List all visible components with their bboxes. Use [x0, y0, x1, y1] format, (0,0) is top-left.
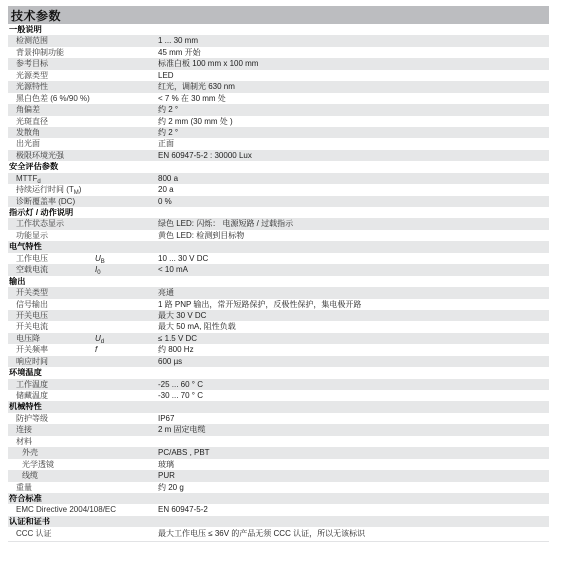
section-header: 电气特性: [8, 241, 549, 252]
label-text: 空载电流: [16, 265, 48, 274]
spec-value: ≤ 1.5 V DC: [158, 333, 197, 344]
label-text: 开关电流: [16, 322, 48, 331]
label-text: 机械特性: [9, 402, 42, 411]
spec-row: 工作温度-25 ... 60 ° C: [8, 379, 549, 390]
spec-value: -25 ... 60 ° C: [158, 379, 203, 390]
section-title: 安全评估参数: [9, 161, 58, 172]
spec-value: 45 mm 开始: [158, 47, 201, 58]
spec-label: 储藏温度: [16, 390, 48, 401]
spec-value: 最大工作电压 ≤ 36V 的产品无须 CCC 认证，所以无该标识: [158, 527, 365, 541]
section-header: 输出: [8, 276, 549, 287]
label-text: 重量: [16, 483, 32, 492]
label-text: 出光面: [16, 139, 40, 148]
spec-label: EMC Directive 2004/108/EC: [16, 504, 116, 515]
spec-row: 光斑直径约 2 mm (30 mm 处 ): [8, 116, 549, 127]
spec-label: 工作温度: [16, 379, 48, 390]
spec-row: 外壳PC/ABS , PBT: [8, 447, 549, 458]
spec-value: 800 a: [158, 173, 178, 184]
label-text: 诊断覆盖率 (DC): [16, 197, 75, 206]
spec-row: 开关类型亮通: [8, 287, 549, 298]
section-header: 认证和证书: [8, 516, 549, 527]
spec-label: 工作电压: [16, 253, 48, 264]
spec-label: 发散角: [16, 127, 40, 138]
spec-row: 开关电压最大 30 V DC: [8, 310, 549, 321]
spec-value: 2 m 固定电缆: [158, 424, 206, 435]
spec-label: 检测范围: [16, 35, 48, 46]
label-text: 材料: [16, 437, 32, 446]
spec-label: 黑白色差 (6 %/90 %): [16, 93, 90, 104]
spec-label: CCC 认证: [16, 527, 52, 541]
label-text: 参考目标: [16, 59, 48, 68]
spec-label: 参考目标: [16, 58, 48, 69]
section-header: 符合标准: [8, 493, 549, 504]
label-text: 发散角: [16, 128, 40, 137]
spec-row: 开关频率f约 800 Hz: [8, 344, 549, 355]
spec-label: 光学透镜: [22, 459, 54, 470]
spec-row: 功能显示黄色 LED: 检测到目标物: [8, 230, 549, 241]
label-text: 外壳: [22, 448, 38, 457]
spec-value: 亮通: [158, 287, 174, 298]
spec-label: 防护等级: [16, 413, 48, 424]
spec-value: < 7 % 在 30 mm 处: [158, 93, 226, 104]
spec-row: 参考目标标准白板 100 mm x 100 mm: [8, 58, 549, 69]
spec-row: 检测范围1 ... 30 mm: [8, 35, 549, 46]
spec-value: 黄色 LED: 检测到目标物: [158, 230, 244, 241]
label-text: 环境温度: [9, 368, 42, 377]
label-text: CCC 认证: [16, 529, 52, 538]
spec-label: 开关电压: [16, 310, 48, 321]
label-text: 持续运行时间 (T: [16, 185, 74, 194]
spec-row: 信号输出1 路 PNP 输出，常开短路保护，反极性保护，集电极开路: [8, 299, 549, 310]
label-text: 一般说明: [9, 25, 42, 34]
spec-value: 1 路 PNP 输出，常开短路保护，反极性保护，集电极开路: [158, 299, 361, 310]
label-text: 光源类型: [16, 71, 48, 80]
spec-value: 最大 30 V DC: [158, 310, 206, 321]
section-title: 输出: [9, 276, 25, 287]
spec-row: EMC Directive 2004/108/ECEN 60947-5-2: [8, 504, 549, 515]
spec-label: 响应时间: [16, 356, 48, 367]
spec-value: PC/ABS , PBT: [158, 447, 210, 458]
section-header: 安全评估参数: [8, 161, 549, 172]
label-text: 电压降: [16, 334, 40, 343]
spec-row: 发散角约 2 °: [8, 127, 549, 138]
spec-value: IP67: [158, 413, 174, 424]
spec-row: 工作状态显示绿色 LED: 闪烁： 电源短路 / 过载指示: [8, 218, 549, 229]
spec-row: 光源特性红光，调制光 630 nm: [8, 81, 549, 92]
spec-row: 黑白色差 (6 %/90 %)< 7 % 在 30 mm 处: [8, 93, 549, 104]
label-text: 开关类型: [16, 288, 48, 297]
spec-label: 光源类型: [16, 70, 48, 81]
spec-label: 开关类型: [16, 287, 48, 298]
spec-label: 连接: [16, 424, 32, 435]
spec-row: 重量约 20 g: [8, 482, 549, 493]
label-text: 指示灯 / 动作说明: [9, 208, 73, 217]
spec-label: 工作状态显示: [16, 218, 64, 229]
spec-label: 电压降: [16, 333, 40, 344]
section-title: 符合标准: [9, 493, 42, 504]
label-text: 角偏差: [16, 105, 40, 114]
label-text: 输出: [9, 277, 25, 286]
spec-label: 线缆: [22, 470, 38, 481]
spec-value: EN 60947-5-2 : 30000 Lux: [158, 150, 252, 161]
spec-row: 响应时间600 µs: [8, 356, 549, 367]
label-text: 储藏温度: [16, 391, 48, 400]
spec-label: 开关频率: [16, 344, 48, 355]
spec-row: 角偏差约 2 °: [8, 104, 549, 115]
spec-table: 一般说明检测范围1 ... 30 mm背景抑制功能45 mm 开始参考目标标准白…: [8, 24, 549, 542]
section-header: 一般说明: [8, 24, 549, 35]
label-text: 电气特性: [9, 242, 42, 251]
section-header: 机械特性: [8, 401, 549, 412]
spec-value: 约 800 Hz: [158, 344, 194, 355]
page-title: 技术参数: [8, 6, 549, 24]
spec-value: 标准白板 100 mm x 100 mm: [158, 58, 258, 69]
label-suffix: ): [79, 185, 82, 194]
spec-label: 功能显示: [16, 230, 48, 241]
label-text: 连接: [16, 425, 32, 434]
spec-row: CCC 认证最大工作电压 ≤ 36V 的产品无须 CCC 认证，所以无该标识: [8, 527, 549, 542]
spec-value: -30 ... 70 ° C: [158, 390, 203, 401]
label-text: 背景抑制功能: [16, 48, 64, 57]
label-text: EMC Directive 2004/108/EC: [16, 505, 116, 514]
spec-value: 约 2 mm (30 mm 处 ): [158, 116, 233, 127]
spec-row: 电压降Ud≤ 1.5 V DC: [8, 333, 549, 344]
spec-label: 开关电流: [16, 321, 48, 332]
label-text: 工作电压: [16, 254, 48, 263]
label-text: 线缆: [22, 471, 38, 480]
spec-value: 最大 50 mA, 阻性负载: [158, 321, 236, 332]
spec-row: 空载电流I0 < 10 mA: [8, 264, 549, 275]
label-text: 极限环境光强: [16, 151, 64, 160]
spec-value: 约 2 °: [158, 127, 178, 138]
spec-row: 储藏温度-30 ... 70 ° C: [8, 390, 549, 401]
spec-value: 1 ... 30 mm: [158, 35, 198, 46]
spec-row: 防护等级IP67: [8, 413, 549, 424]
label-text: 信号输出: [16, 300, 48, 309]
spec-row: 光学透镜玻璃: [8, 459, 549, 470]
spec-label: 空载电流: [16, 264, 48, 275]
section-title: 电气特性: [9, 241, 42, 252]
spec-label: 背景抑制功能: [16, 47, 64, 58]
spec-label: 诊断覆盖率 (DC): [16, 196, 75, 207]
spec-value: 约 2 °: [158, 104, 178, 115]
spec-value: 10 ... 30 V DC: [158, 253, 208, 264]
label-text: 光学透镜: [22, 460, 54, 469]
spec-row: 开关电流最大 50 mA, 阻性负载: [8, 321, 549, 332]
spec-label: 极限环境光强: [16, 150, 64, 161]
label-text: 工作温度: [16, 380, 48, 389]
section-title: 一般说明: [9, 24, 42, 35]
label-text: 开关电压: [16, 311, 48, 320]
spec-value: 0 %: [158, 196, 172, 207]
spec-label: 光源特性: [16, 81, 48, 92]
label-text: 认证和证书: [9, 517, 50, 526]
spec-row: 持续运行时间 (TM)20 a: [8, 184, 549, 195]
spec-label: 光斑直径: [16, 116, 48, 127]
label-text: 光斑直径: [16, 117, 48, 126]
label-text: 响应时间: [16, 357, 48, 366]
spec-row: 诊断覆盖率 (DC)0 %: [8, 196, 549, 207]
label-text: 光源特性: [16, 82, 48, 91]
spec-value: PUR: [158, 470, 175, 481]
section-header: 指示灯 / 动作说明: [8, 207, 549, 218]
spec-label: 重量: [16, 482, 32, 493]
label-text: 工作状态显示: [16, 219, 64, 228]
spec-row: 极限环境光强EN 60947-5-2 : 30000 Lux: [8, 150, 549, 161]
spec-sheet: 技术参数 一般说明检测范围1 ... 30 mm背景抑制功能45 mm 开始参考…: [8, 6, 549, 542]
section-title: 环境温度: [9, 367, 42, 378]
label-text: 检测范围: [16, 36, 48, 45]
spec-label: 角偏差: [16, 104, 40, 115]
spec-row: 线缆PUR: [8, 470, 549, 481]
section-header: 环境温度: [8, 367, 549, 378]
label-text: 功能显示: [16, 231, 48, 240]
spec-value: LED: [158, 70, 174, 81]
spec-value: 正面: [158, 138, 174, 149]
spec-label: 外壳: [22, 447, 38, 458]
spec-value: 红光，调制光 630 nm: [158, 81, 235, 92]
spec-row: 出光面正面: [8, 138, 549, 149]
section-title: 机械特性: [9, 401, 42, 412]
label-text: MTTF: [16, 174, 37, 183]
label-text: 安全评估参数: [9, 162, 58, 171]
spec-value: EN 60947-5-2: [158, 504, 208, 515]
spec-value: 600 µs: [158, 356, 182, 367]
label-text: 符合标准: [9, 494, 42, 503]
spec-label: 信号输出: [16, 299, 48, 310]
spec-value: 20 a: [158, 184, 174, 195]
spec-value: 约 20 g: [158, 482, 184, 493]
spec-symbol: f: [95, 344, 97, 355]
label-text: 黑白色差 (6 %/90 %): [16, 94, 90, 103]
spec-row: 背景抑制功能45 mm 开始: [8, 47, 549, 58]
spec-value: 绿色 LED: 闪烁： 电源短路 / 过载指示: [158, 218, 293, 229]
spec-label: 材料: [16, 436, 32, 447]
spec-value: 玻璃: [158, 459, 174, 470]
spec-row: 连接2 m 固定电缆: [8, 424, 549, 435]
spec-row: 材料: [8, 436, 549, 447]
spec-row: MTTFd800 a: [8, 173, 549, 184]
spec-label: 出光面: [16, 138, 40, 149]
section-title: 指示灯 / 动作说明: [9, 207, 73, 218]
label-text: 开关频率: [16, 345, 48, 354]
label-text: 防护等级: [16, 414, 48, 423]
spec-row: 光源类型LED: [8, 70, 549, 81]
symbol-text: f: [95, 345, 97, 354]
spec-value: < 10 mA: [158, 264, 188, 275]
section-title: 认证和证书: [9, 516, 50, 527]
spec-row: 工作电压UB10 ... 30 V DC: [8, 253, 549, 264]
